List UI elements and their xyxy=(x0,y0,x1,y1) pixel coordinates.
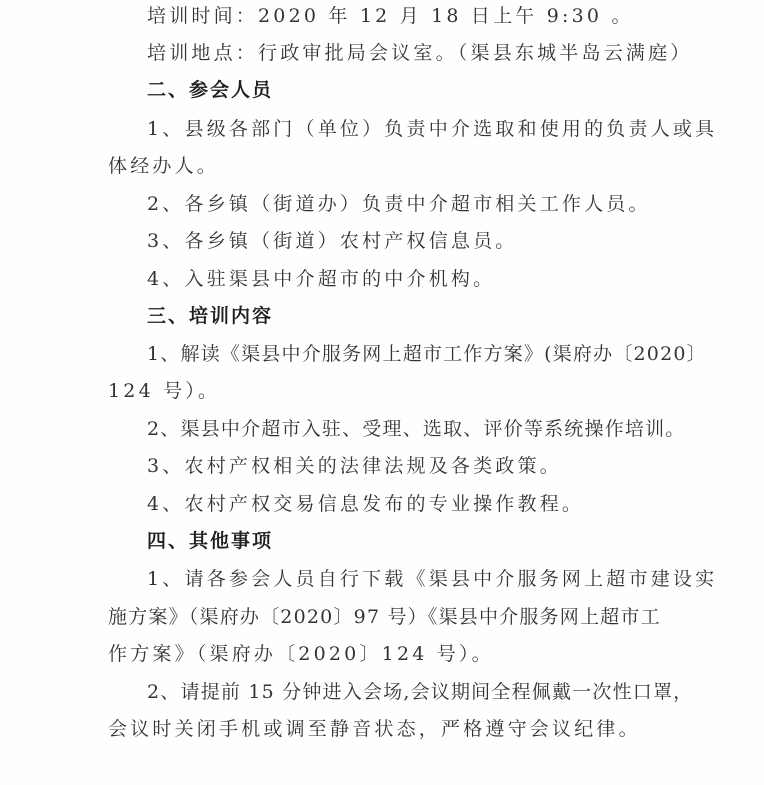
content-item-2: 2、渠县中介超市入驻、受理、选取、评价等系统操作培训。 xyxy=(147,417,727,443)
training-time: 培训时间：2020 年 12 月 18 日上午 9:30 。 xyxy=(147,4,727,30)
attendees-item-1: 1、县级各部门（单位）负责中介选取和使用的负责人或具 xyxy=(147,117,727,143)
content-item-1-cont: 124 号）。 xyxy=(108,379,688,405)
other-item-1: 1、请各参会人员自行下载《渠县中介服务网上超市建设实 xyxy=(147,567,727,593)
attendees-item-4: 4、入驻渠县中介超市的中介机构。 xyxy=(147,267,727,293)
section-heading-other: 四、其他事项 xyxy=(147,529,727,555)
other-item-1-cont-2: 作方案》（渠府办〔2020〕124 号）。 xyxy=(108,642,688,668)
attendees-item-3: 3、各乡镇（街道）农村产权信息员。 xyxy=(147,229,727,255)
section-heading-content: 三、培训内容 xyxy=(147,304,727,330)
content-item-4: 4、农村产权交易信息发布的专业操作教程。 xyxy=(147,492,727,518)
other-item-1-cont: 施方案》（渠府办〔2020〕97 号）《渠县中介服务网上超市工 xyxy=(108,605,688,631)
document-page: 培训时间：2020 年 12 月 18 日上午 9:30 。 培训地点：行政审批… xyxy=(0,0,764,785)
other-item-2-cont: 会议时关闭手机或调至静音状态，严格遵守会议纪律。 xyxy=(108,717,688,743)
attendees-item-2: 2、各乡镇（街道办）负责中介超市相关工作人员。 xyxy=(147,192,727,218)
content-item-1: 1、解读《渠县中介服务网上超市工作方案》(渠府办〔2020〕 xyxy=(147,342,727,368)
attendees-item-1-cont: 体经办人。 xyxy=(108,154,688,180)
other-item-2: 2、请提前 15 分钟进入会场,会议期间全程佩戴一次性口罩， xyxy=(147,680,727,706)
section-heading-attendees: 二、参会人员 xyxy=(147,78,727,104)
training-location: 培训地点：行政审批局会议室。（渠县东城半岛云满庭） xyxy=(147,41,727,67)
content-item-3: 3、农村产权相关的法律法规及各类政策。 xyxy=(147,454,727,480)
